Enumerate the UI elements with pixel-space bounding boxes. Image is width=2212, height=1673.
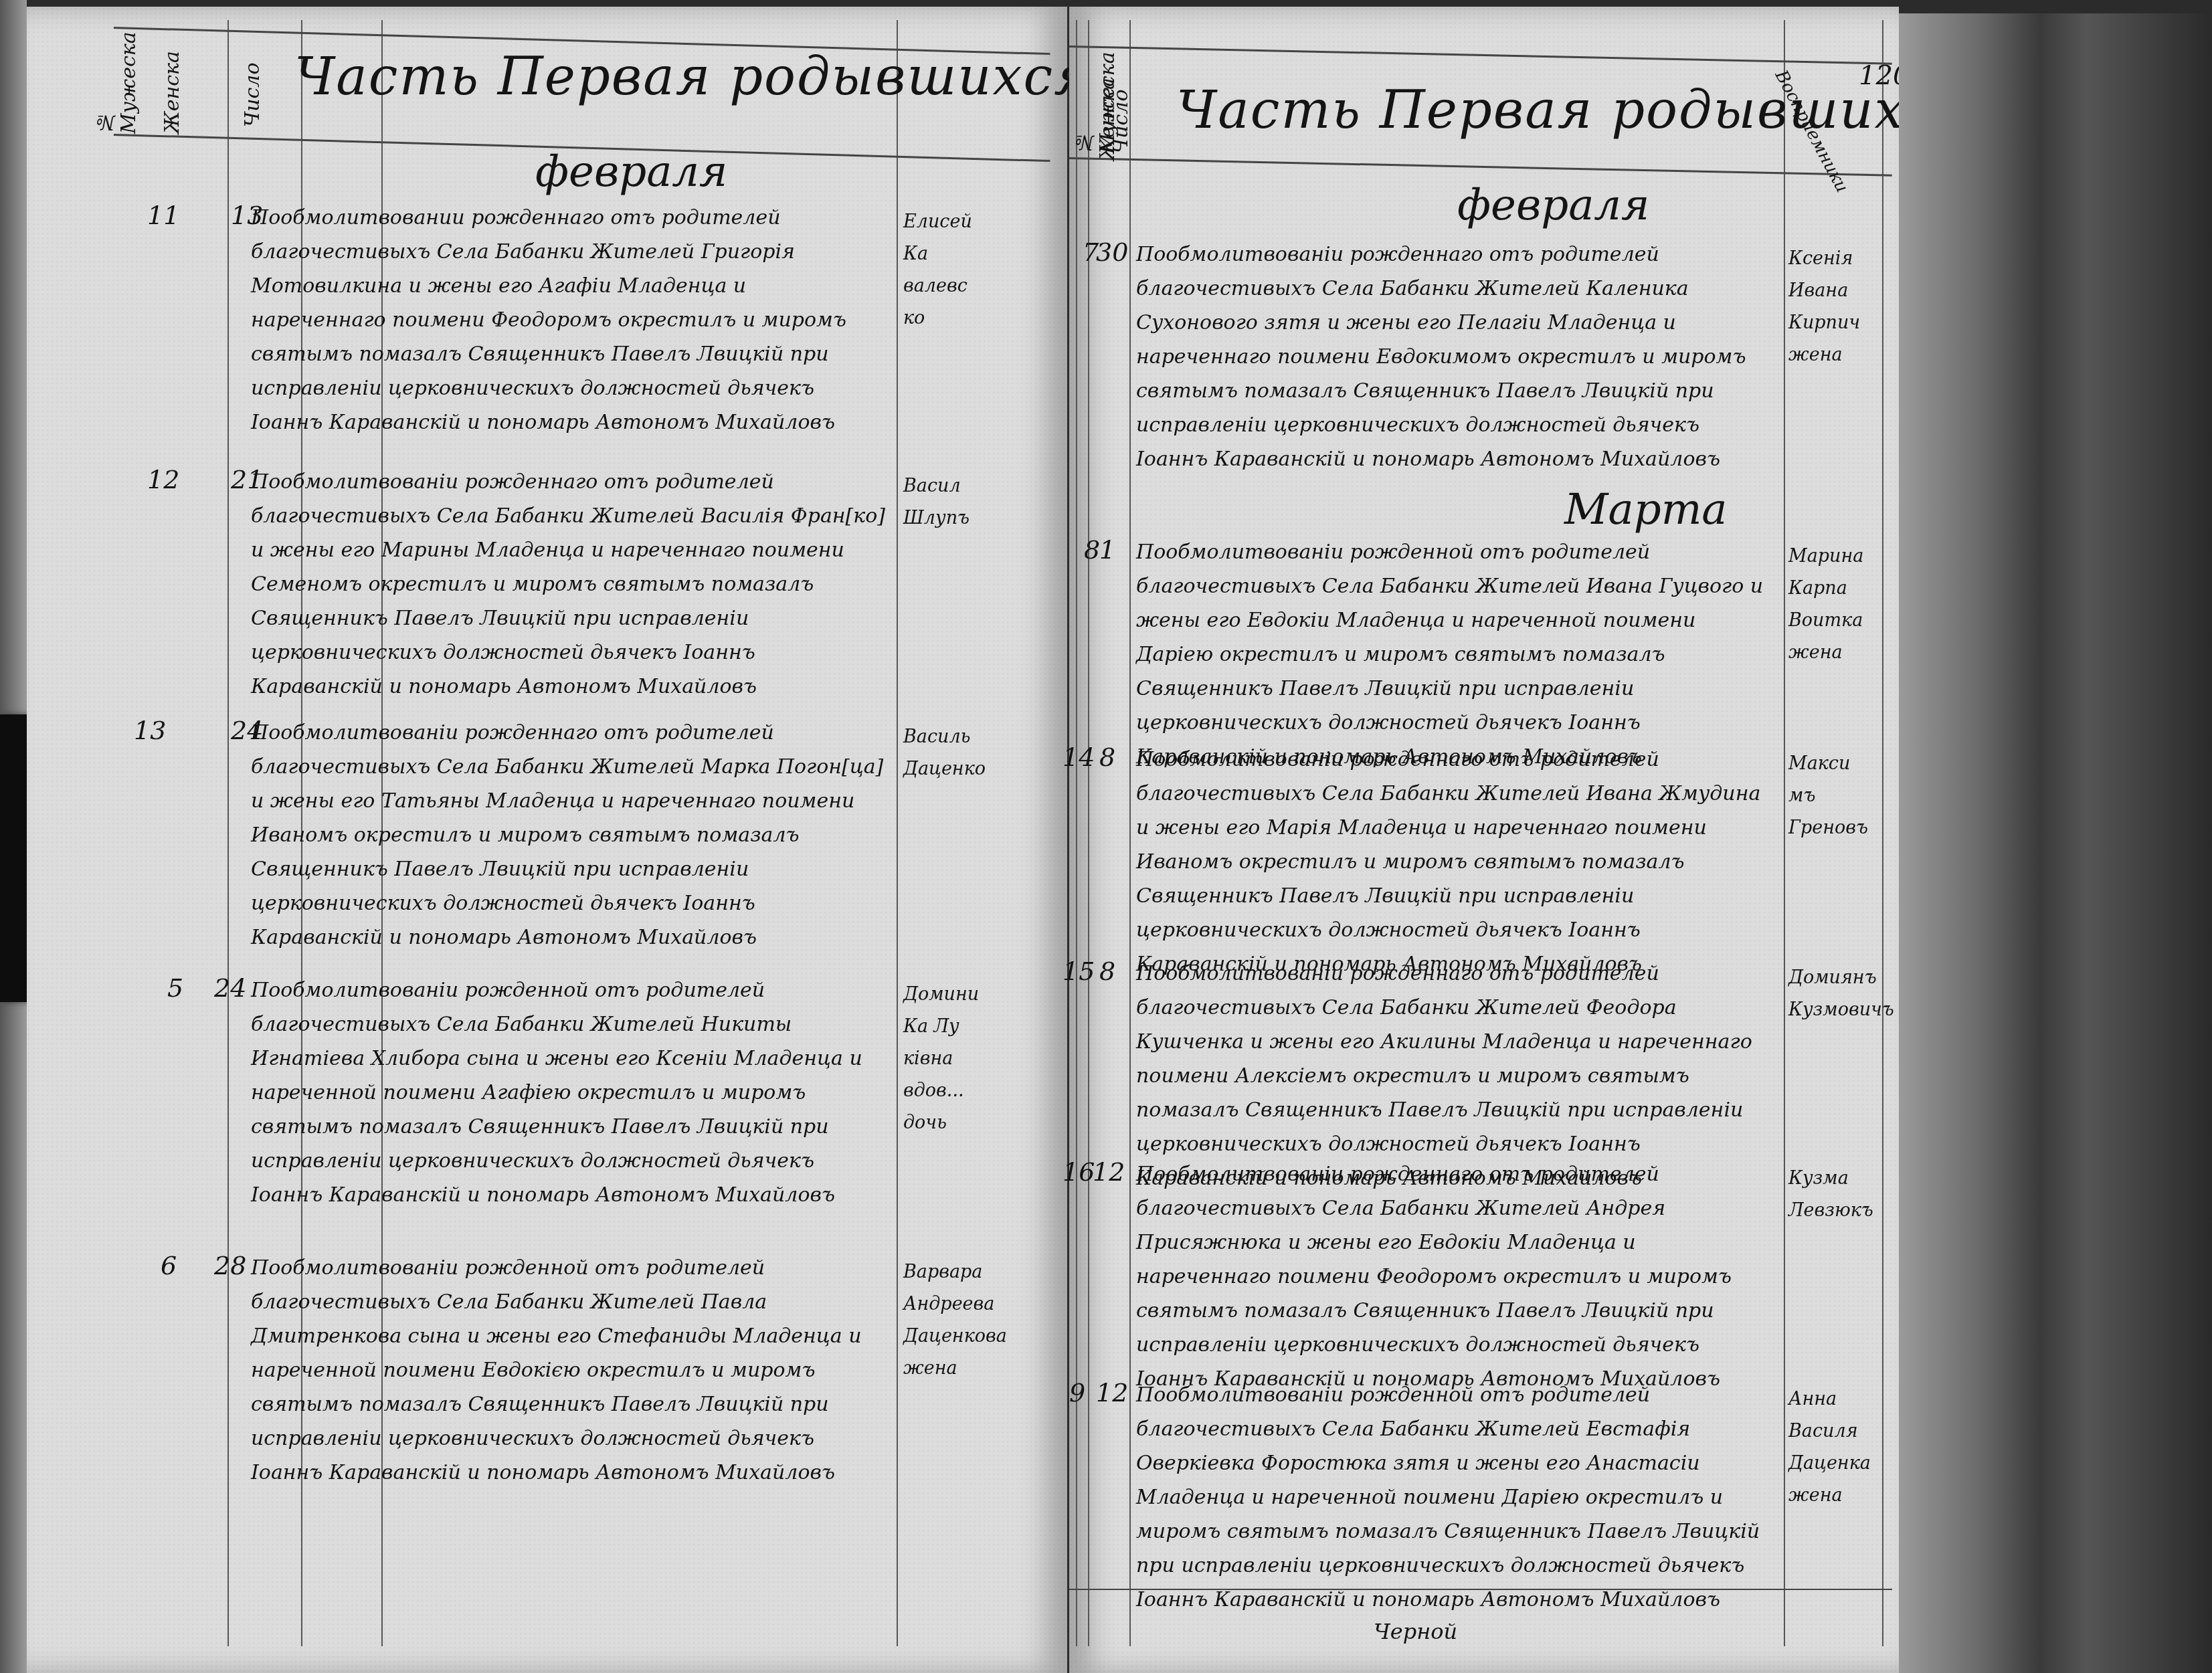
column-divider bbox=[1882, 20, 1883, 1646]
book-spread: № Мужеска Женска Число Часть Первая роды… bbox=[0, 0, 2212, 1673]
column-header-day: Число bbox=[1109, 60, 1133, 154]
column-header-male: № Мужеска bbox=[94, 54, 141, 134]
entry-day: 1 bbox=[1099, 535, 1115, 565]
godparents: Кузма Левзюкъ bbox=[1788, 1163, 1882, 1227]
godparents: Марина Карпа Воитка жена bbox=[1788, 540, 1882, 669]
godparents: Василь Даценко bbox=[903, 721, 1050, 785]
godparents: Макси мъ Греновъ bbox=[1788, 748, 1882, 844]
entry-text: Пообмолитвованіи рожденнаго отъ родителе… bbox=[251, 716, 887, 955]
entry-text: Пообмолитвовании рожденнаго отъ родителе… bbox=[251, 201, 887, 439]
entry-day: 12 bbox=[1096, 1378, 1128, 1407]
godparents: Домини Ка Лу ківна вдов... дочь bbox=[903, 979, 1050, 1139]
month-heading: февраля bbox=[1457, 181, 1649, 230]
bottom-note: Черной bbox=[1374, 1619, 1457, 1644]
entry-number: 6 bbox=[161, 1251, 177, 1280]
column-divider bbox=[1129, 20, 1131, 1646]
godparents: Домиянъ Кузмовичъ bbox=[1788, 962, 1882, 1026]
entry-number: 9 bbox=[1069, 1378, 1085, 1407]
godparents: Варвара Андреева Даценкова жена bbox=[903, 1256, 1050, 1385]
entry-day: 12 bbox=[1093, 1157, 1125, 1187]
book-edge-right bbox=[1899, 13, 2212, 1673]
left-page: № Мужеска Женска Число Часть Первая роды… bbox=[27, 7, 1067, 1673]
entry-text: Пообмолитвованіи рожденной отъ родителей… bbox=[1136, 535, 1775, 774]
month-heading: февраля bbox=[535, 147, 727, 197]
entry-number: 13 bbox=[134, 716, 166, 745]
column-header-day: Число bbox=[241, 33, 264, 127]
column-divider bbox=[1784, 20, 1785, 1646]
entry-text: Пообмолитвованіи рожденной отъ родителей… bbox=[251, 973, 887, 1212]
header-top-rule bbox=[1069, 45, 1892, 65]
entry-number: 16 bbox=[1063, 1157, 1095, 1187]
entry-text: Пообмолитвованіи рожденной отъ родителей… bbox=[251, 1251, 887, 1490]
godparents: Елисей Ка валевс ко bbox=[903, 206, 1050, 334]
entry-day: 28 bbox=[214, 1251, 246, 1280]
entry-day: 8 bbox=[1099, 743, 1115, 772]
entry-number: 12 bbox=[147, 465, 179, 494]
entry-number: 15 bbox=[1063, 957, 1095, 986]
entry-text: Пообмолитвованіи рожденнаго отъ родителе… bbox=[1136, 237, 1775, 476]
godparents: Васил Шлупъ bbox=[903, 470, 1050, 534]
column-divider bbox=[227, 20, 229, 1646]
entry-day: 30 bbox=[1096, 237, 1128, 267]
entry-day: 8 bbox=[1099, 957, 1115, 986]
godparents: Ксенія Ивана Кирпич жена bbox=[1788, 243, 1882, 371]
page-title-right: Часть Первая родывшихся bbox=[1176, 80, 1972, 140]
month-heading: Марта bbox=[1564, 485, 1728, 534]
entry-text: Пообмолитвованіи рожденнаго отъ родителе… bbox=[1136, 743, 1775, 981]
column-divider bbox=[897, 20, 898, 1646]
column-header-female: Женска bbox=[161, 40, 184, 134]
entry-number: 5 bbox=[167, 973, 183, 1003]
entry-text: Пообмолитвованіи рожденной отъ родителей… bbox=[1136, 1378, 1775, 1617]
bottom-rule bbox=[1069, 1589, 1892, 1590]
header-bottom-rule bbox=[1069, 157, 1892, 177]
entry-number: 11 bbox=[147, 201, 179, 230]
entry-number: 14 bbox=[1063, 743, 1095, 772]
godparents: Анна Василя Даценка жена bbox=[1788, 1383, 1882, 1512]
right-page: № Мужеска Женска Число Часть Первая роды… bbox=[1069, 7, 1899, 1673]
entry-number: 8 bbox=[1084, 535, 1100, 565]
entry-text: Пообмолитвованіи рожденнаго отъ родителе… bbox=[1136, 1157, 1775, 1396]
entry-text: Пообмолитвованіи рожденнаго отъ родителе… bbox=[251, 465, 887, 704]
entry-day: 24 bbox=[214, 973, 246, 1003]
page-title-left: Часть Первая родывшихся bbox=[294, 47, 1090, 107]
